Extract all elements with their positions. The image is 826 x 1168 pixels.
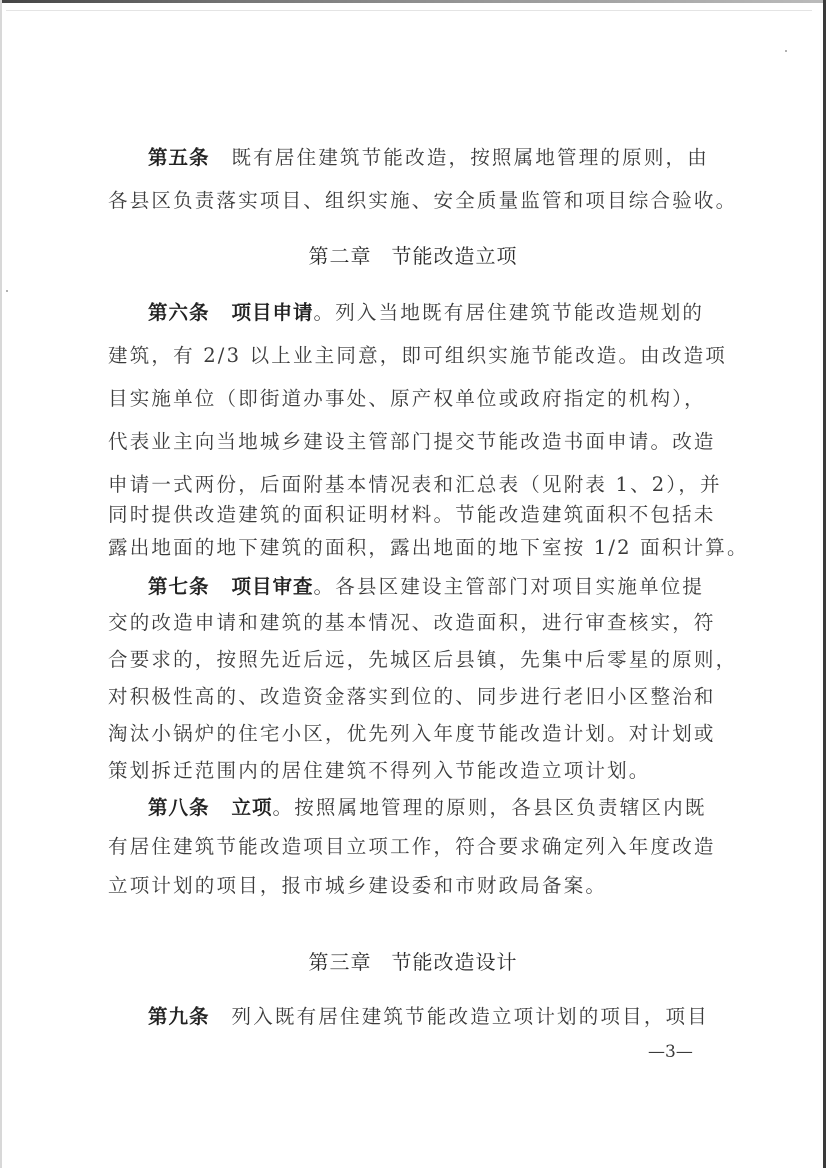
- article8-text-3: 立项计划的项目，报市城乡建设委和市财政局备案。: [108, 874, 607, 897]
- article6-text-3: 目实施单位（即街道办事处、原产权单位或政府指定的机构），: [108, 387, 706, 410]
- article7-line-1: 第七条项目审查。各县区建设主管部门对项目实施单位提: [148, 574, 760, 600]
- article9-text-1: 列入既有居住建筑节能改造立项计划的项目，项目: [232, 1005, 709, 1028]
- article7-heading: 第七条: [148, 575, 210, 598]
- article6-text-1: 。列入当地既有居住建筑节能改造规划的: [314, 301, 705, 324]
- article8-subject: 立项: [232, 796, 273, 819]
- article6-text-4: 代表业主向当地城乡建设主管部门提交节能改造书面申请。改造: [108, 430, 716, 453]
- article6-text-7: 露出地面的地下建筑的面积，露出地面的地下室按 1/2 面积计算。: [108, 536, 749, 559]
- page-number: —3—: [648, 1042, 693, 1062]
- article9-line-1: 第九条列入既有居住建筑节能改造立项计划的项目，项目: [148, 1004, 760, 1030]
- article7-line-3: 合要求的，按照先近后远，先城区后县镇，先集中后零星的原则，: [108, 647, 720, 673]
- chapter-2-number: 第二章: [309, 244, 372, 268]
- article5-text-2: 各县区负责落实项目、组织实施、安全质量监管和项目综合验收。: [108, 189, 737, 212]
- document-page: 第五条既有居住建筑节能改造，按照属地管理的原则，由 各县区负责落实项目、组织实施…: [0, 0, 826, 1168]
- article5-line-2: 各县区负责落实项目、组织实施、安全质量监管和项目综合验收。: [108, 188, 720, 214]
- chapter-2-heading: 第二章节能改造立项: [0, 243, 826, 269]
- chapter-3-heading: 第三章节能改造设计: [0, 949, 826, 975]
- article8-text-1: 。按照属地管理的原则，各县区负责辖区内既: [273, 796, 707, 819]
- article9-heading: 第九条: [148, 1005, 210, 1028]
- article7-text-1: 。各县区建设主管部门对项目实施单位提: [314, 575, 705, 598]
- article8-line-3: 立项计划的项目，报市城乡建设委和市财政局备案。: [108, 873, 720, 899]
- article6-text-2: 建筑，有 2/3 以上业主同意，即可组织实施节能改造。由改造项: [108, 344, 727, 367]
- chapter-3-title: 节能改造设计: [392, 950, 518, 974]
- article6-line-2: 建筑，有 2/3 以上业主同意，即可组织实施节能改造。由改造项: [108, 343, 720, 369]
- article7-text-6: 策划拆迁范围内的居住建筑不得列入节能改造立项计划。: [108, 759, 651, 782]
- article6-line-7: 露出地面的地下建筑的面积，露出地面的地下室按 1/2 面积计算。: [108, 535, 720, 561]
- article6-line-4: 代表业主向当地城乡建设主管部门提交节能改造书面申请。改造: [108, 429, 720, 455]
- article6-text-5: 申请一式两份，后面附基本情况表和汇总表（见附表 1、2），并: [108, 473, 722, 496]
- article7-text-4: 对积极性高的、改造资金落实到位的、同步进行老旧小区整治和: [108, 685, 716, 708]
- article7-line-4: 对积极性高的、改造资金落实到位的、同步进行老旧小区整治和: [108, 684, 720, 710]
- article8-heading: 第八条: [148, 796, 210, 819]
- article6-line-6: 同时提供改造建筑的面积证明材料。节能改造建筑面积不包括未: [108, 502, 720, 528]
- article7-text-2: 交的改造申请和建筑的基本情况、改造面积，进行审查核实，符: [108, 611, 716, 634]
- article6-line-1: 第六条项目申请。列入当地既有居住建筑节能改造规划的: [148, 300, 760, 326]
- article6-heading: 第六条: [148, 301, 210, 324]
- article7-line-6: 策划拆迁范围内的居住建筑不得列入节能改造立项计划。: [108, 758, 720, 784]
- article5-heading: 第五条: [148, 146, 210, 169]
- chapter-2-title: 节能改造立项: [392, 244, 518, 268]
- article8-line-1: 第八条立项。按照属地管理的原则，各县区负责辖区内既: [148, 795, 760, 821]
- article7-text-5: 淘汰小锅炉的住宅小区，优先列入年度节能改造计划。对计划或: [108, 722, 716, 745]
- article5-text-1: 既有居住建筑节能改造，按照属地管理的原则，由: [232, 146, 709, 169]
- article6-text-6: 同时提供改造建筑的面积证明材料。节能改造建筑面积不包括未: [108, 503, 716, 526]
- article6-line-5: 申请一式两份，后面附基本情况表和汇总表（见附表 1、2），并: [108, 472, 720, 498]
- article5-line-1: 第五条既有居住建筑节能改造，按照属地管理的原则，由: [148, 145, 760, 171]
- article8-text-2: 有居住建筑节能改造项目立项工作，符合要求确定列入年度改造: [108, 835, 716, 858]
- chapter-3-number: 第三章: [309, 950, 372, 974]
- article6-line-3: 目实施单位（即街道办事处、原产权单位或政府指定的机构），: [108, 386, 720, 412]
- article7-line-2: 交的改造申请和建筑的基本情况、改造面积，进行审查核实，符: [108, 610, 720, 636]
- article7-text-3: 合要求的，按照先近后远，先城区后县镇，先集中后零星的原则，: [108, 648, 737, 671]
- article6-subject: 项目申请: [232, 301, 314, 324]
- article7-subject: 项目审查: [232, 575, 314, 598]
- article8-line-2: 有居住建筑节能改造项目立项工作，符合要求确定列入年度改造: [108, 834, 720, 860]
- article7-line-5: 淘汰小锅炉的住宅小区，优先列入年度节能改造计划。对计划或: [108, 721, 720, 747]
